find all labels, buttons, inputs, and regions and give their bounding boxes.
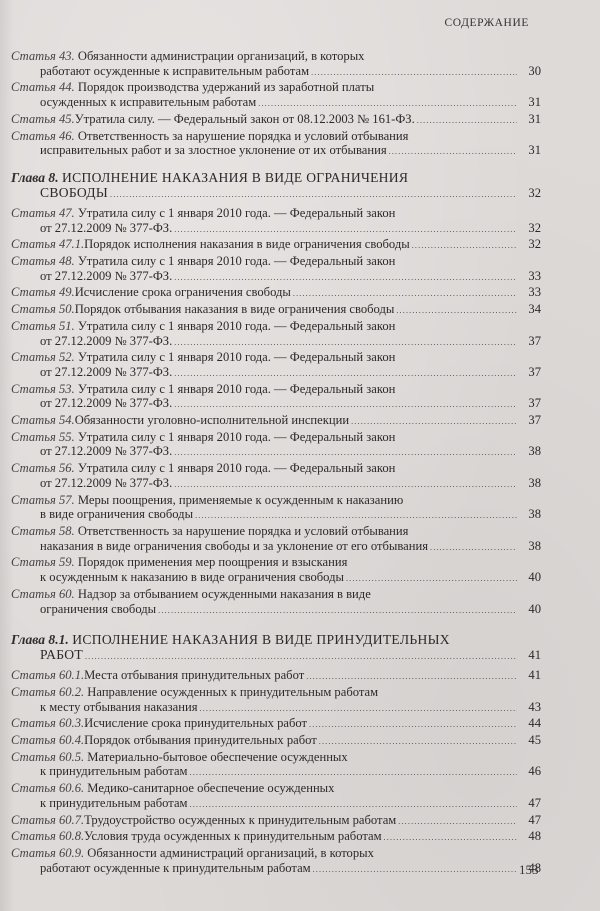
article-title-continued: ограничения свободы: [40, 602, 156, 617]
article-label: Статья 60.2.: [11, 685, 84, 699]
toc-entry-line: Статья 49. Исчисление срока ограничения …: [11, 285, 541, 302]
toc-entry[interactable]: Статья 59. Порядок применения мер поощре…: [11, 555, 541, 586]
article-title-continued: от 27.12.2009 № 377-ФЗ.: [40, 221, 172, 236]
page-ref: 40: [523, 570, 541, 585]
dot-leader: [174, 367, 517, 382]
article-label: Статья 48.: [11, 254, 75, 268]
chapter-label: Глава 8.: [11, 170, 59, 185]
toc-entry-continuation: к принудительным работам47: [11, 796, 541, 813]
toc-entry[interactable]: Статья 56. Утратила силу с 1 января 2010…: [11, 461, 541, 492]
article-title-continued: от 27.12.2009 № 377-ФЗ.: [40, 334, 172, 349]
toc-group-chapter7-tail: Статья 43. Обязанности администрации орг…: [11, 49, 541, 160]
article-title: Обязанности уголовно-исполнительной инсп…: [75, 413, 349, 428]
article-title: Условия труда осужденных к принудительны…: [84, 829, 381, 844]
dot-leader: [396, 304, 517, 319]
toc-chapter-8-1[interactable]: Глава 8.1. ИСПОЛНЕНИЕ НАКАЗАНИЯ В ВИДЕ П…: [11, 632, 541, 664]
toc-entry[interactable]: Статья 45. Утратила силу. — Федеральный …: [11, 112, 541, 129]
dot-leader: [158, 604, 517, 619]
toc-chapter-8[interactable]: Глава 8. ИСПОЛНЕНИЕ НАКАЗАНИЯ В ВИДЕ ОГР…: [11, 170, 541, 202]
toc-entry-continuation: ограничения свободы40: [11, 602, 541, 619]
dot-leader: [398, 815, 517, 830]
article-label: Статья 56.: [11, 461, 75, 475]
page-ref: 47: [523, 796, 541, 811]
toc-entry-continuation: к месту отбывания наказания43: [11, 700, 541, 717]
page-ref: 41: [523, 648, 541, 663]
article-label: Статья 60.: [11, 587, 75, 601]
article-label: Статья 53.: [11, 382, 75, 396]
dot-leader: [190, 798, 517, 813]
article-label: Статья 47.: [11, 206, 75, 220]
dot-leader: [430, 541, 517, 556]
page-ref: 33: [523, 285, 541, 300]
toc-entry-line: Статья 55. Утратила силу с 1 января 2010…: [11, 430, 541, 445]
toc-entry-line: Статья 60.5. Материально-бытовое обеспеч…: [11, 750, 541, 765]
article-title: Надзор за отбыванием осужденными наказан…: [78, 587, 371, 601]
article-label: Статья 60.5.: [11, 750, 84, 764]
dot-leader: [417, 114, 517, 129]
article-title-continued: к месту отбывания наказания: [40, 700, 198, 715]
article-title-continued: от 27.12.2009 № 377-ФЗ.: [40, 476, 172, 491]
toc-entry-line: Статья 58. Ответственность за нарушение …: [11, 524, 541, 539]
page-ref: 32: [523, 221, 541, 236]
toc-entry-line: Статья 47.1. Порядок исполнения наказани…: [11, 237, 541, 254]
toc-entry[interactable]: Статья 54. Обязанности уголовно-исполнит…: [11, 413, 541, 430]
toc-entry[interactable]: Статья 60.2. Направление осужденных к пр…: [11, 685, 541, 716]
page-ref: 31: [523, 143, 541, 158]
article-title: Порядок отбывания наказания в виде огран…: [75, 302, 395, 317]
toc-entry-line: Статья 50. Порядок отбывания наказания в…: [11, 302, 541, 319]
dot-leader: [293, 287, 517, 302]
toc-entry[interactable]: Статья 60.9. Обязанности администраций о…: [11, 846, 541, 877]
article-title-continued: осужденных к исправительным работам: [40, 95, 256, 110]
toc-entry-line: Статья 47. Утратила силу с 1 января 2010…: [11, 206, 541, 221]
toc-entry-continuation: в виде ограничения свободы38: [11, 507, 541, 524]
toc-entry-continuation: к осужденным к наказанию в виде ограниче…: [11, 570, 541, 587]
article-title: Порядок отбывания принудительных работ: [84, 733, 317, 748]
dot-leader: [351, 415, 517, 430]
article-title-continued: от 27.12.2009 № 377-ФЗ.: [40, 444, 172, 459]
toc-entry-continuation: от 27.12.2009 № 377-ФЗ.38: [11, 476, 541, 493]
toc-entry[interactable]: Статья 46. Ответственность за нарушение …: [11, 129, 541, 160]
toc-entry[interactable]: Статья 60.5. Материально-бытовое обеспеч…: [11, 750, 541, 781]
toc-entry-line: Статья 46. Ответственность за нарушение …: [11, 129, 541, 144]
dot-leader: [174, 446, 517, 461]
page-ref: 38: [523, 444, 541, 459]
page-ref: 33: [523, 269, 541, 284]
toc-entry-line: Статья 60.4. Порядок отбывания принудите…: [11, 733, 541, 750]
dot-leader: [412, 239, 517, 254]
toc-entry[interactable]: Статья 49. Исчисление срока ограничения …: [11, 285, 541, 302]
toc-entry-line: Статья 60.6. Медико-санитарное обеспечен…: [11, 781, 541, 796]
toc-entry[interactable]: Статья 60.7. Трудоустройство осужденных …: [11, 813, 541, 830]
page-ref: 37: [523, 334, 541, 349]
toc-group-chapter8: Статья 47. Утратила силу с 1 января 2010…: [11, 206, 541, 618]
page-ref: 44: [523, 716, 541, 731]
article-title-continued: от 27.12.2009 № 377-ФЗ.: [40, 396, 172, 411]
article-title: Утратила силу с 1 января 2010 года. — Фе…: [78, 382, 396, 396]
dot-leader: [85, 649, 517, 664]
toc-entry-continuation: наказания в виде ограничения свободы и з…: [11, 539, 541, 556]
page-ref: 31: [523, 112, 541, 127]
article-title: Исчисление срока принудительных работ: [84, 716, 307, 731]
page-ref: 37: [523, 396, 541, 411]
toc-entry-line: Статья 60. Надзор за отбыванием осужденн…: [11, 587, 541, 602]
article-title: Утратила силу с 1 января 2010 года. — Фе…: [78, 461, 396, 475]
page-ref: 43: [523, 700, 541, 715]
dot-leader: [306, 670, 517, 685]
article-label: Статья 43.: [11, 49, 75, 63]
dot-leader: [309, 718, 517, 733]
article-label: Статья 55.: [11, 430, 75, 444]
dot-leader: [174, 336, 517, 351]
chapter-title-continued: СВОБОДЫ: [40, 185, 108, 200]
article-title: Утратила силу с 1 января 2010 года. — Фе…: [78, 430, 396, 444]
article-label: Статья 60.6.: [11, 781, 84, 795]
article-label: Статья 44.: [11, 80, 75, 94]
toc-entry-continuation: работают осужденные к принудительным раб…: [11, 861, 541, 878]
article-label: Статья 52.: [11, 350, 75, 364]
toc-entry[interactable]: Статья 47.1. Порядок исполнения наказани…: [11, 237, 541, 254]
page-ref: 47: [523, 813, 541, 828]
article-label: Статья 47.1.: [11, 237, 84, 252]
dot-leader: [258, 97, 517, 112]
toc-entry-continuation: от 27.12.2009 № 377-ФЗ.37: [11, 334, 541, 351]
article-title-continued: от 27.12.2009 № 377-ФЗ.: [40, 365, 172, 380]
toc-entry[interactable]: Статья 48. Утратила силу с 1 января 2010…: [11, 254, 541, 285]
dot-leader: [195, 509, 517, 524]
article-title: Обязанности администрации организаций, в…: [78, 49, 365, 63]
page-ref: 38: [523, 476, 541, 491]
toc-entry[interactable]: Статья 60.8. Условия труда осужденных к …: [11, 829, 541, 846]
page-ref: 48: [523, 829, 541, 844]
article-title-continued: к принудительным работам: [40, 764, 188, 779]
chapter-title-continued: РАБОТ: [40, 647, 83, 662]
article-title: Исчисление срока ограничения свободы: [75, 285, 291, 300]
toc-entry-line: Статья 48. Утратила силу с 1 января 2010…: [11, 254, 541, 269]
article-label: Статья 49.: [11, 285, 75, 300]
dot-leader: [389, 145, 517, 160]
article-label: Статья 51.: [11, 319, 75, 333]
article-title: Утратила силу с 1 января 2010 года. — Фе…: [78, 206, 396, 220]
toc-entry-continuation: от 27.12.2009 № 377-ФЗ.33: [11, 269, 541, 286]
article-title: Ответственность за нарушение порядка и у…: [78, 129, 409, 143]
toc-entry-line: Статья 60.1. Места отбывания принудитель…: [11, 668, 541, 685]
article-title: Утратила силу с 1 января 2010 года. — Фе…: [78, 319, 396, 333]
article-title: Утратила силу с 1 января 2010 года. — Фе…: [78, 254, 396, 268]
toc-entry-continuation: исправительных работ и за злостное уклон…: [11, 143, 541, 160]
toc-entry-line: Статья 60.9. Обязанности администраций о…: [11, 846, 541, 861]
toc-entry[interactable]: Статья 60. Надзор за отбыванием осужденн…: [11, 587, 541, 618]
page-ref: 34: [523, 302, 541, 317]
article-title-continued: наказания в виде ограничения свободы и з…: [40, 539, 428, 554]
dot-leader: [311, 66, 517, 81]
article-title-continued: исправительных работ и за злостное уклон…: [40, 143, 387, 158]
article-title: Утратила силу. — Федеральный закон от 08…: [75, 112, 415, 127]
page-ref: 31: [523, 95, 541, 110]
page-ref: 32: [523, 186, 541, 201]
toc-entry[interactable]: Статья 52. Утратила силу с 1 января 2010…: [11, 350, 541, 381]
page-ref: 37: [523, 365, 541, 380]
article-title-continued: от 27.12.2009 № 377-ФЗ.: [40, 269, 172, 284]
page-ref: 46: [523, 764, 541, 779]
article-label: Статья 45.: [11, 112, 75, 127]
chapter-label: Глава 8.1.: [11, 632, 69, 647]
book-page: СОДЕРЖАНИЕ Статья 43. Обязанности админи…: [0, 0, 600, 911]
article-title: Направление осужденных к принудительным …: [87, 685, 378, 699]
toc-group-chapter8-1: Статья 60.1. Места отбывания принудитель…: [11, 668, 541, 877]
dot-leader: [384, 831, 517, 846]
toc-entry[interactable]: Статья 60.6. Медико-санитарное обеспечен…: [11, 781, 541, 812]
toc-entry-line: Статья 56. Утратила силу с 1 января 2010…: [11, 461, 541, 476]
article-title: Порядок применения мер поощрения и взыск…: [78, 555, 348, 569]
toc-entry[interactable]: Статья 60.4. Порядок отбывания принудите…: [11, 733, 541, 750]
toc-entry[interactable]: Статья 43. Обязанности администрации орг…: [11, 49, 541, 80]
toc-entry[interactable]: Статья 60.3. Исчисление срока принудител…: [11, 716, 541, 733]
article-title: Места отбывания принудительных работ: [84, 668, 304, 683]
toc-entry-line: Статья 60.7. Трудоустройство осужденных …: [11, 813, 541, 830]
toc-entry-line: Статья 52. Утратила силу с 1 января 2010…: [11, 350, 541, 365]
article-title: Меры поощрения, применяемые к осужденным…: [78, 493, 403, 507]
dot-leader: [174, 223, 517, 238]
article-title: Медико-санитарное обеспечение осужденных: [87, 781, 334, 795]
toc-entry-line: Статья 60.3. Исчисление срока принудител…: [11, 716, 541, 733]
article-title-continued: к принудительным работам: [40, 796, 188, 811]
article-title-continued: к осужденным к наказанию в виде ограниче…: [40, 570, 344, 585]
toc-entry-continuation: от 27.12.2009 № 377-ФЗ.37: [11, 365, 541, 382]
toc-entry[interactable]: Статья 53. Утратила силу с 1 января 2010…: [11, 382, 541, 413]
article-label: Статья 60.7.: [11, 813, 84, 828]
article-label: Статья 57.: [11, 493, 75, 507]
toc-entry[interactable]: Статья 44. Порядок производства удержани…: [11, 80, 541, 111]
article-label: Статья 60.8.: [11, 829, 84, 844]
toc-entry-line: Статья 43. Обязанности администрации орг…: [11, 49, 541, 64]
article-label: Статья 50.: [11, 302, 75, 317]
toc-entry-line: Статья 54. Обязанности уголовно-исполнит…: [11, 413, 541, 430]
article-label: Статья 60.1.: [11, 668, 84, 683]
dot-leader: [346, 572, 517, 587]
article-label: Статья 60.3.: [11, 716, 84, 731]
article-title: Обязанности администраций организаций, в…: [87, 846, 374, 860]
page-ref: 32: [523, 237, 541, 252]
toc-entry[interactable]: Статья 51. Утратила силу с 1 января 2010…: [11, 319, 541, 350]
toc-entry[interactable]: Статья 47. Утратила силу с 1 января 2010…: [11, 206, 541, 237]
article-title: Утратила силу с 1 января 2010 года. — Фе…: [78, 350, 396, 364]
article-title-continued: в виде ограничения свободы: [40, 507, 193, 522]
article-label: Статья 59.: [11, 555, 75, 569]
dot-leader: [110, 187, 517, 202]
toc-entry-line: Статья 60.2. Направление осужденных к пр…: [11, 685, 541, 700]
dot-leader: [200, 702, 518, 717]
article-label: Статья 58.: [11, 524, 75, 538]
article-title: Трудоустройство осужденных к принудитель…: [84, 813, 396, 828]
page-ref: 38: [523, 539, 541, 554]
toc-entry-line: Статья 57. Меры поощрения, применяемые к…: [11, 493, 541, 508]
page-number: 153: [519, 862, 539, 878]
table-of-contents: Статья 43. Обязанности администрации орг…: [11, 49, 541, 877]
page-ref: 40: [523, 602, 541, 617]
article-label: Статья 46.: [11, 129, 75, 143]
toc-entry[interactable]: Статья 57. Меры поощрения, применяемые к…: [11, 493, 541, 524]
toc-entry-line: Статья 60.8. Условия труда осужденных к …: [11, 829, 541, 846]
article-title-continued: работают осужденные к принудительным раб…: [40, 861, 311, 876]
toc-entry-line: Статья 51. Утратила силу с 1 января 2010…: [11, 319, 541, 334]
toc-entry[interactable]: Статья 58. Ответственность за нарушение …: [11, 524, 541, 555]
page-ref: 38: [523, 507, 541, 522]
article-title: Материально-бытовое обеспечение осужденн…: [87, 750, 347, 764]
chapter-title: ИСПОЛНЕНИЕ НАКАЗАНИЯ В ВИДЕ ПРИНУДИТЕЛЬН…: [72, 632, 450, 647]
toc-entry-continuation: работают осужденные к исправительным раб…: [11, 64, 541, 81]
chapter-title: ИСПОЛНЕНИЕ НАКАЗАНИЯ В ВИДЕ ОГРАНИЧЕНИЯ: [62, 170, 408, 185]
page-ref: 30: [523, 64, 541, 79]
toc-entry-continuation: от 27.12.2009 № 377-ФЗ.37: [11, 396, 541, 413]
toc-entry-continuation: от 27.12.2009 № 377-ФЗ.38: [11, 444, 541, 461]
article-title: Порядок производства удержаний из зарабо…: [78, 80, 374, 94]
dot-leader: [190, 766, 517, 781]
toc-entry[interactable]: Статья 55. Утратила силу с 1 января 2010…: [11, 430, 541, 461]
page-ref: 41: [523, 668, 541, 683]
toc-entry-line: Статья 44. Порядок производства удержани…: [11, 80, 541, 95]
dot-leader: [319, 735, 517, 750]
toc-entry-continuation: к принудительным работам46: [11, 764, 541, 781]
page-ref: 45: [523, 733, 541, 748]
toc-entry-continuation: от 27.12.2009 № 377-ФЗ.32: [11, 221, 541, 238]
toc-entry[interactable]: Статья 60.1. Места отбывания принудитель…: [11, 668, 541, 685]
page-ref: 37: [523, 413, 541, 428]
toc-entry-continuation: осужденных к исправительным работам31: [11, 95, 541, 112]
toc-entry-line: Статья 53. Утратила силу с 1 января 2010…: [11, 382, 541, 397]
dot-leader: [174, 478, 517, 493]
running-head: СОДЕРЖАНИЕ: [444, 17, 529, 29]
article-label: Статья 60.9.: [11, 846, 84, 860]
toc-entry[interactable]: Статья 50. Порядок отбывания наказания в…: [11, 302, 541, 319]
toc-entry-line: Статья 59. Порядок применения мер поощре…: [11, 555, 541, 570]
article-label: Статья 54.: [11, 413, 75, 428]
dot-leader: [313, 863, 517, 878]
toc-entry-line: Статья 45. Утратила силу. — Федеральный …: [11, 112, 541, 129]
dot-leader: [174, 398, 517, 413]
article-title: Порядок исполнения наказания в виде огра…: [84, 237, 410, 252]
article-title: Ответственность за нарушение порядка и у…: [78, 524, 409, 538]
article-label: Статья 60.4.: [11, 733, 84, 748]
dot-leader: [174, 271, 517, 286]
article-title-continued: работают осужденные к исправительным раб…: [40, 64, 309, 79]
